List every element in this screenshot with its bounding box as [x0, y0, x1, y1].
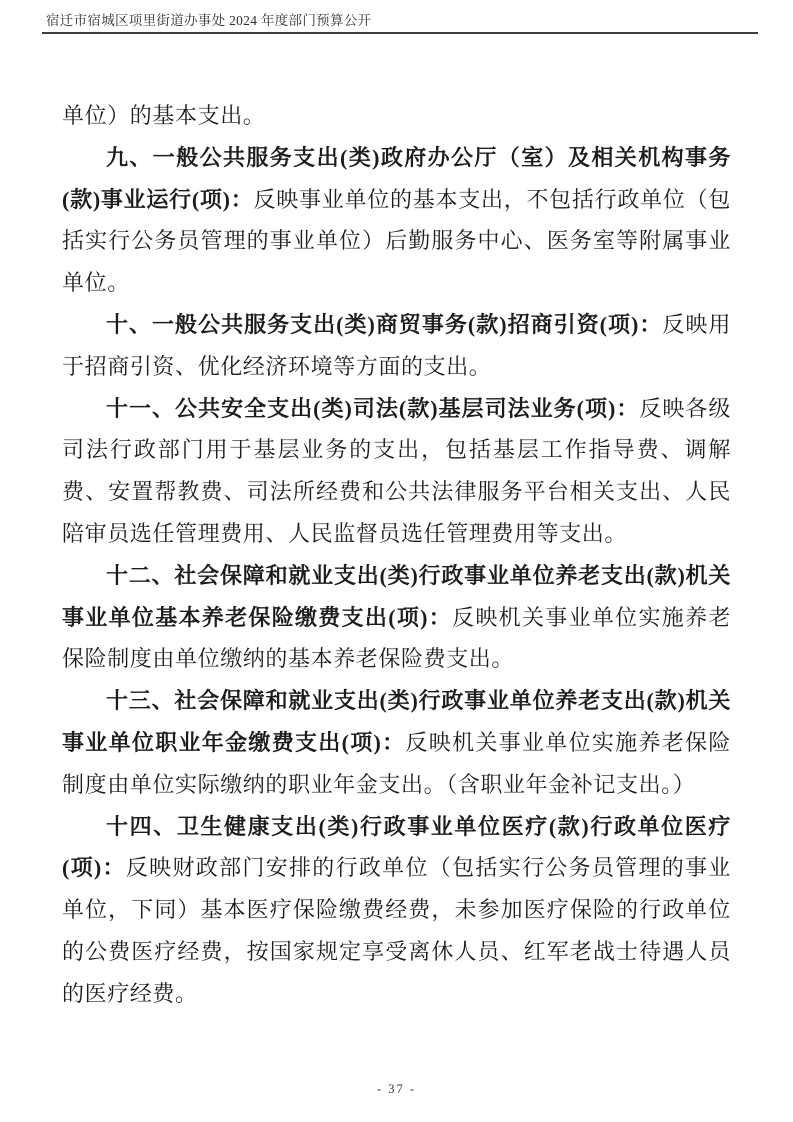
section-heading: 十一、公共安全支出(类)司法(款)基层司法业务(项)： [106, 396, 639, 421]
paragraph-section-14: 十四、卫生健康支出(类)行政事业单位医疗(款)行政单位医疗(项)：反映财政部门安… [62, 806, 731, 1015]
paragraph-section-10: 十、一般公共服务支出(类)商贸事务(款)招商引资(项)：反映用于招商引资、优化经… [62, 304, 731, 388]
paragraph-section-11: 十一、公共安全支出(类)司法(款)基层司法业务(项)：反映各级司法行政部门用于基… [62, 388, 731, 555]
paragraph-continuation: 单位）的基本支出。 [62, 95, 731, 137]
page-header-title: 宿迁市宿城区项里街道办事处 2024 年度部门预算公开 [46, 12, 371, 30]
document-body: 单位）的基本支出。 九、一般公共服务支出(类)政府办公厅（室）及相关机构事务(款… [62, 95, 731, 1015]
paragraph-section-9: 九、一般公共服务支出(类)政府办公厅（室）及相关机构事务(款)事业运行(项)：反… [62, 137, 731, 304]
paragraph-section-13: 十三、社会保障和就业支出(类)行政事业单位养老支出(款)机关事业单位职业年金缴费… [62, 680, 731, 805]
paragraph-section-12: 十二、社会保障和就业支出(类)行政事业单位养老支出(款)机关事业单位基本养老保险… [62, 555, 731, 680]
header-rule [42, 32, 758, 34]
paragraph-text: 反映财政部门安排的行政单位（包括实行公务员管理的事业单位，下同）基本医疗保险缴费… [62, 855, 731, 1005]
page-number: - 37 - [0, 1082, 793, 1097]
section-heading: 十、一般公共服务支出(类)商贸事务(款)招商引资(项)： [106, 312, 662, 337]
paragraph-text: 单位）的基本支出。 [62, 103, 265, 128]
document-page: 宿迁市宿城区项里街道办事处 2024 年度部门预算公开 单位）的基本支出。 九、… [0, 0, 793, 1122]
